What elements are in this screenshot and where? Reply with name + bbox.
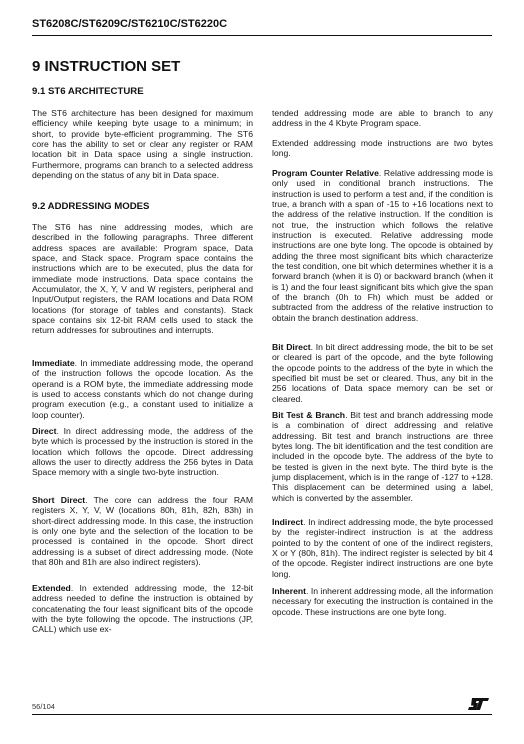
page-header: ST6208C/ST6209C/ST6210C/ST6220C bbox=[32, 14, 492, 36]
paragraph-pc-relative: Program Counter Relative. Relative addre… bbox=[272, 168, 493, 323]
mode-text: . In direct addressing mode, the address… bbox=[32, 426, 253, 477]
paragraph-extended: Extended. In extended addressing mode, t… bbox=[32, 583, 253, 635]
paragraph-bit-direct: Bit Direct. In bit direct addressing mod… bbox=[272, 342, 493, 404]
mode-name: Inherent bbox=[272, 586, 306, 596]
paragraph-extended-length: Extended addressing mode instructions ar… bbox=[272, 138, 493, 159]
paragraph-bit-test-branch: Bit Test & Branch. Bit test and branch a… bbox=[272, 410, 493, 503]
mode-text: . Relative addressing mode is only used … bbox=[272, 168, 493, 323]
mode-name: Bit Test & Branch bbox=[272, 410, 345, 420]
mode-text: . In indirect addressing mode, the byte … bbox=[272, 517, 493, 579]
mode-name: Program Counter Relative bbox=[272, 168, 379, 178]
paragraph-immediate: Immediate. In immediate addressing mode,… bbox=[32, 358, 253, 420]
st-logo-icon bbox=[468, 697, 490, 711]
mode-name: Direct bbox=[32, 426, 56, 436]
paragraph-extended-continued: tended addressing mode are able to branc… bbox=[272, 108, 493, 129]
mode-name: Bit Direct bbox=[272, 342, 311, 352]
mode-name: Indirect bbox=[272, 517, 303, 527]
mode-text: . Bit test and branch addressing mode is… bbox=[272, 410, 493, 503]
paragraph-addressing-intro: The ST6 has nine addressing modes, which… bbox=[32, 222, 253, 336]
mode-name: Extended bbox=[32, 583, 71, 593]
paragraph-inherent: Inherent. In inherent addressing mode, a… bbox=[272, 586, 493, 617]
paragraph-indirect: Indirect. In indirect addressing mode, t… bbox=[272, 517, 493, 579]
paragraph-short-direct: Short Direct. The core can address the f… bbox=[32, 495, 253, 567]
paragraph-architecture: The ST6 architecture has been designed f… bbox=[32, 108, 253, 180]
subsection-title-architecture: 9.1 ST6 ARCHITECTURE bbox=[32, 87, 144, 97]
mode-text: . The core can address the four RAM regi… bbox=[32, 495, 253, 567]
mode-text: . In inherent addressing mode, all the i… bbox=[272, 586, 493, 617]
document-id: ST6208C/ST6209C/ST6210C/ST6220C bbox=[32, 18, 227, 30]
page-footer: 56/104 bbox=[32, 699, 492, 715]
mode-name: Immediate bbox=[32, 358, 75, 368]
paragraph-direct: Direct. In direct addressing mode, the a… bbox=[32, 426, 253, 478]
mode-name: Short Direct bbox=[32, 495, 85, 505]
page-number: 56/104 bbox=[32, 702, 55, 711]
subsection-title-addressing: 9.2 ADDRESSING MODES bbox=[32, 202, 149, 212]
section-title: 9 INSTRUCTION SET bbox=[32, 58, 180, 75]
